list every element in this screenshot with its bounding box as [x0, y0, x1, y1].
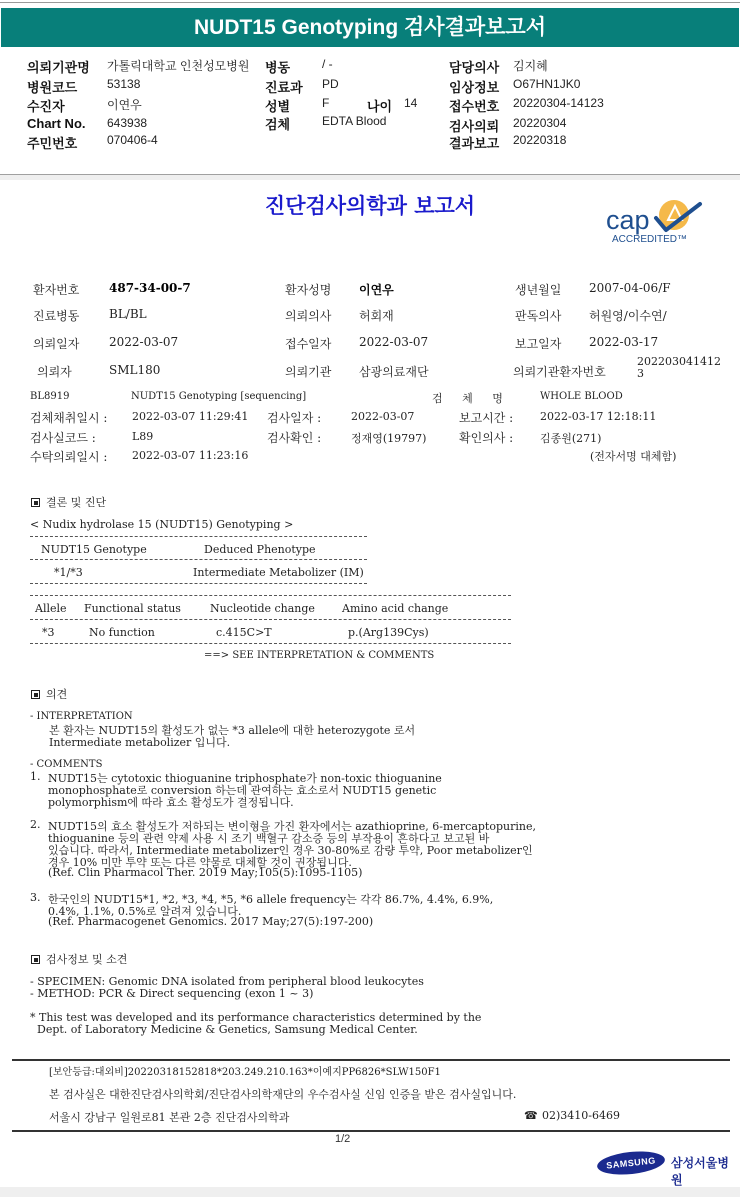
label-report-date: 보고일자 [515, 335, 561, 352]
label-ward: 병동 [265, 57, 290, 76]
value-specimen: EDTA Blood [322, 114, 386, 128]
esign-note: (전자서명 대체함) [590, 448, 676, 464]
value-requesting-org: 삼광의료재단 [359, 363, 429, 380]
value-sex: F [322, 96, 329, 110]
label-reading-doctor: 판독의사 [515, 307, 561, 324]
top-border [0, 2, 740, 3]
value-age: 14 [404, 96, 417, 110]
interpretation-title: - INTERPRETATION [30, 711, 133, 722]
label-receipt-no: 접수번호 [449, 96, 499, 115]
page-gap [0, 175, 740, 180]
value-report-time: 2022-03-17 12:18:11 [540, 410, 656, 423]
value-patient-no: 487-34-00-7 [109, 281, 191, 295]
comments-title: - COMMENTS [30, 759, 102, 770]
value-org-patient-no-line1: 202203041412 [637, 356, 721, 367]
label-clinical-info: 임상정보 [449, 77, 499, 96]
value-patient-name: 이연우 [359, 281, 394, 298]
table2-allele-value: *3 [42, 626, 55, 639]
certification-note: 본 검사실은 대한진단검사의학회/진단검사의학재단의 우수검사실 신임 인증을 … [49, 1086, 516, 1102]
value-request-date: 2022-03-07 [109, 335, 178, 349]
value-result-report: 20220318 [513, 133, 566, 147]
page-gap [0, 1187, 740, 1197]
method-line: - METHOD: PCR & Direct sequencing (exon … [30, 987, 313, 1000]
conclusion-subtitle: < Nudix hydrolase 15 (NUDT15) Genotyping… [30, 518, 293, 531]
label-age: 나이 [367, 96, 392, 115]
label-department: 진료과 [265, 77, 303, 96]
value-ward: BL/BL [109, 307, 147, 321]
label-outsource-time: 수탁의뢰일시 : [30, 448, 107, 465]
label-result-report: 결과보고 [449, 133, 499, 152]
label-org-patient-no: 의뢰기관환자번호 [513, 363, 606, 380]
table1-header-genotype: NUDT15 Genotype [41, 543, 147, 556]
value-examinee: 이연우 [107, 96, 142, 113]
table1-phenotype-value: Intermediate Metabolizer (IM) [193, 566, 364, 579]
table1-header-phenotype: Deduced Phenotype [204, 543, 316, 556]
comment-2-number: 2. [30, 818, 41, 831]
opinion-heading-text: 의견 [46, 688, 67, 701]
label-test-date: 검사일자 : [267, 409, 321, 426]
value-report-date: 2022-03-17 [589, 335, 658, 349]
filled-square-icon [31, 498, 40, 507]
dashed-rule [30, 536, 367, 537]
filled-square-icon [31, 955, 40, 964]
value-test-confirm: 정재영(19797) [351, 430, 426, 446]
value-chart-no: 643938 [107, 116, 147, 130]
conclusion-heading: 결론 및 진단 [31, 494, 106, 510]
value-confirm-doctor: 김종원(271) [540, 430, 601, 446]
svg-text:ACCREDITED™: ACCREDITED™ [612, 234, 687, 245]
comment-1-line: polymorphism에 따라 효소 활성도가 결정됩니다. [48, 794, 294, 810]
value-test-date: 2022-03-07 [351, 410, 414, 423]
table1-genotype-value: *1/*3 [54, 566, 83, 579]
label-birthdate: 생년월일 [515, 281, 561, 298]
test-details-heading-text: 검사정보 및 소견 [46, 953, 127, 966]
test-details-heading: 검사정보 및 소견 [31, 951, 127, 967]
report-banner-title: NUDT15 Genotyping 검사결과보고서 [1, 8, 739, 47]
test-name: NUDT15 Genotyping [sequencing] [131, 391, 306, 402]
table2-nucleotide-change-value: c.415C>T [216, 626, 272, 639]
conclusion-heading-text: 결론 및 진단 [46, 496, 106, 509]
cap-accredited-logo: cap ACCREDITED™ [604, 196, 704, 248]
value-referring-doctor: 허회재 [359, 307, 394, 324]
comment-2-ref: (Ref. Clin Pharmacol Ther. 2019 May;105(… [48, 866, 362, 879]
label-receipt-date: 접수일자 [285, 335, 331, 352]
dashed-rule [30, 643, 511, 644]
label-referring-doctor: 의뢰의사 [285, 307, 331, 324]
comment-3-number: 3. [30, 891, 41, 904]
dashed-rule [30, 559, 367, 560]
table2-amino-acid-change-value: p.(Arg139Cys) [348, 626, 429, 639]
value-collect-time: 2022-03-07 11:29:41 [132, 410, 248, 423]
label-collect-time: 검체채취일시 : [30, 409, 107, 426]
samsung-logo: SAMSUNG [596, 1149, 666, 1178]
label-attending-doctor: 담당의사 [449, 57, 499, 76]
value-receipt-no: 20220304-14123 [513, 96, 604, 110]
phone-number: 02)3410-6469 [542, 1109, 620, 1122]
see-interpretation-note: ==> SEE INTERPRETATION & COMMENTS [204, 650, 434, 661]
value-org-patient-no-line2: 3 [637, 368, 644, 379]
security-info: [보안등급:대외비]20220318152818*203.249.210.163… [49, 1063, 441, 1078]
page-number: 1/2 [335, 1133, 350, 1145]
value-birthdate: 2007-04-06/F [589, 281, 671, 295]
dashed-rule [30, 583, 367, 584]
value-lab-code: L89 [132, 430, 153, 443]
value-ward: / - [322, 57, 333, 71]
value-attending-doctor: 김지혜 [513, 57, 548, 74]
label-requesting-org: 의뢰기관 [285, 363, 331, 380]
dashed-rule [30, 595, 511, 596]
label-hospital-code: 병원코드 [27, 77, 77, 96]
table2-header-allele: Allele [35, 602, 67, 615]
label-requesting-institution: 의뢰기관명 [27, 57, 90, 76]
value-reading-doctor: 허원영/이수연/ [589, 307, 667, 324]
value-test-request: 20220304 [513, 116, 566, 130]
value-receipt-date: 2022-03-07 [359, 335, 428, 349]
test-code: BL8919 [30, 391, 69, 402]
label-patient-no: 환자번호 [33, 281, 79, 298]
lab-address: 서울시 강남구 일원로81 본관 2층 진단검사의학과 [49, 1109, 289, 1125]
filled-square-icon [31, 690, 40, 699]
opinion-heading: 의견 [31, 686, 67, 702]
label-report-time: 보고시간 : [459, 409, 513, 426]
label-test-confirm: 검사확인 : [267, 429, 321, 446]
label-ward: 진료병동 [33, 307, 79, 324]
label-examinee: 수진자 [27, 96, 65, 115]
phone-icon: ☎ [524, 1109, 538, 1122]
label-sex: 성별 [265, 96, 290, 115]
label-requester: 의뢰자 [37, 363, 72, 380]
comment-1-number: 1. [30, 770, 41, 783]
value-requester: SML180 [109, 363, 160, 377]
hospital-name-logo: 삼성서울병원 [671, 1154, 740, 1188]
footer-bottom-rule [12, 1130, 730, 1132]
label-specimen-name: 검 체 명 [432, 390, 511, 406]
svg-text:cap: cap [606, 205, 650, 235]
label-request-date: 의뢰일자 [33, 335, 79, 352]
label-chart-no: Chart No. [27, 116, 86, 131]
table2-header-nucleotide-change: Nucleotide change [210, 602, 315, 615]
comment-3-ref: (Ref. Pharmacogenet Genomics. 2017 May;2… [48, 915, 373, 928]
label-patient-name: 환자성명 [285, 281, 331, 298]
table2-header-functional-status: Functional status [84, 602, 181, 615]
value-department: PD [322, 77, 339, 91]
value-specimen-name: WHOLE BLOOD [540, 391, 623, 402]
footer-top-rule [12, 1059, 730, 1061]
label-lab-code: 검사실코드 : [30, 429, 96, 446]
disclaimer-line: Dept. of Laboratory Medicine & Genetics,… [30, 1023, 418, 1036]
value-clinical-info: O67HN1JK0 [513, 77, 580, 91]
label-specimen: 검체 [265, 114, 290, 133]
table2-functional-status-value: No function [89, 626, 155, 639]
value-resident-no: 070406-4 [107, 133, 158, 147]
value-hospital-code: 53138 [107, 77, 140, 91]
label-resident-no: 주민번호 [27, 133, 77, 152]
table2-header-amino-acid-change: Amino acid change [342, 602, 448, 615]
dashed-rule [30, 619, 511, 620]
value-outsource-time: 2022-03-07 11:23:16 [132, 449, 248, 462]
value-requesting-institution: 가톨릭대학교 인천성모병원 [107, 57, 249, 74]
interpretation-line: Intermediate metabolizer 입니다. [49, 734, 230, 750]
cap-logo-icon: cap ACCREDITED™ [604, 196, 704, 248]
label-confirm-doctor: 확인의사 : [459, 429, 513, 446]
